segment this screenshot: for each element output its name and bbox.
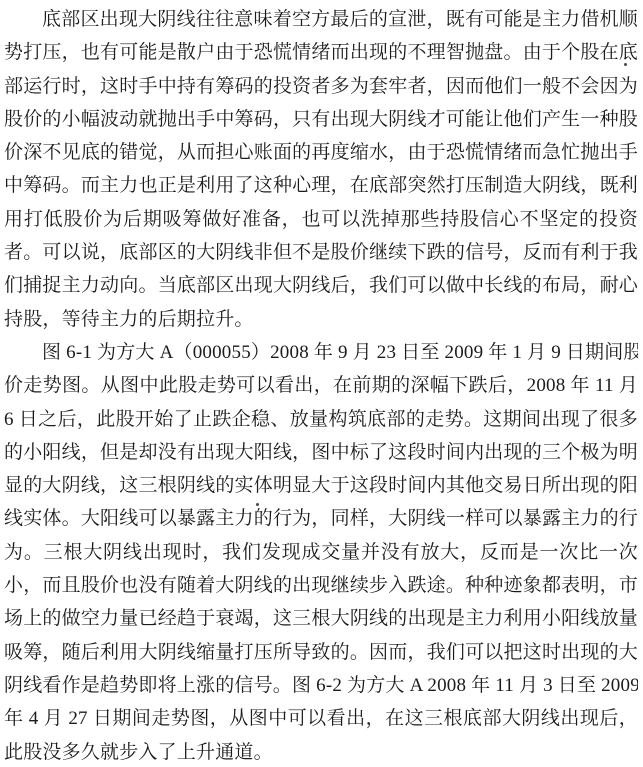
- text-line: 显的大阴线，这三根阴线的实体明显大于这段时间内其他交易日所出现的阳: [4, 469, 638, 502]
- text-line: 们捕捉主力动向。当底部区出现大阴线后，我们可以做中长线的布局，耐心: [4, 269, 638, 302]
- text-line: 价走势图。从图中此股走势可以看出，在前期的深幅下跌后，2008 年 11 月: [4, 369, 638, 402]
- text-line: 者。可以说，底部区的大阴线非但不是股价继续下跌的信号，反而有利于我: [4, 236, 638, 269]
- text-line: 图 6-1 为方大 A（000055）2008 年 9 月 23 日至 2009…: [4, 336, 638, 369]
- text-line: 部运行时，这时手中持有筹码的投资者多为套牢者，因而他们一般不会因为: [4, 70, 638, 103]
- scanned-text-page: 底部区出现大阴线往往意味着空方最后的宣泄，既有可能是主力借机顺势打压，也有可能是…: [0, 0, 643, 767]
- text-line: 年 4 月 27 日期间走势图，从图中可以看出，在这三根底部大阴线出现后，: [4, 702, 638, 735]
- text-line: 6 日之后，此股开始了止跌企稳、放量构筑底部的走势。这期间出现了很多: [4, 403, 638, 436]
- body-text: 底部区出现大阴线往往意味着空方最后的宣泄，既有可能是主力借机顺势打压，也有可能是…: [4, 3, 638, 767]
- text-line: 吸筹，随后利用大阴线缩量打压所导致的。因而，我们可以把这时出现的大: [4, 636, 638, 669]
- text-line: 用打低股价为后期吸筹做好准备，也可以洗掉那些持股信心不坚定的投资: [4, 203, 638, 236]
- text-line: 价深不见底的错觉，从而担心账面的再度缩水，由于恐慌情绪而急忙抛出手: [4, 136, 638, 169]
- text-line: 的小阳线，但是却没有出现大阳线，图中标了这段时间内出现的三个极为明: [4, 436, 638, 469]
- scan-speck: [256, 503, 259, 506]
- text-line: 场上的做空力量已经趋于衰竭，这三根大阴线的出现是主力利用小阳线放量: [4, 602, 638, 635]
- text-line: 底部区出现大阴线往往意味着空方最后的宣泄，既有可能是主力借机顺: [4, 3, 638, 36]
- text-line: 势打压，也有可能是散户由于恐慌情绪而出现的不理智抛盘。由于个股在底: [4, 36, 638, 69]
- text-line: 阴线看作是趋势即将上涨的信号。图 6-2 为方大 A 2008 年 11 月 3…: [4, 669, 638, 702]
- scan-speck: [624, 63, 627, 66]
- text-line: 中筹码。而主力也正是利用了这种心理，在底部突然打压制造大阴线，既利: [4, 169, 638, 202]
- text-line: 此股没多久就步入了上升通道。: [4, 736, 638, 767]
- text-line: 股价的小幅波动就抛出手中筹码，只有出现大阴线才可能让他们产生一种股: [4, 103, 638, 136]
- text-line: 持股，等待主力的后期拉升。: [4, 303, 638, 336]
- text-line: 线实体。大阳线可以暴露主力的行为，同样，大阴线一样可以暴露主力的行: [4, 502, 638, 535]
- text-line: 为。三根大阴线出现时，我们发现成交量并没有放大，反而是一次比一次: [4, 536, 638, 569]
- paragraph: 底部区出现大阴线往往意味着空方最后的宣泄，既有可能是主力借机顺势打压，也有可能是…: [4, 3, 638, 336]
- paragraph: 图 6-1 为方大 A（000055）2008 年 9 月 23 日至 2009…: [4, 336, 638, 767]
- text-line: 小，而且股价也没有随着大阴线的出现继续步入跌途。种种迹象都表明，市: [4, 569, 638, 602]
